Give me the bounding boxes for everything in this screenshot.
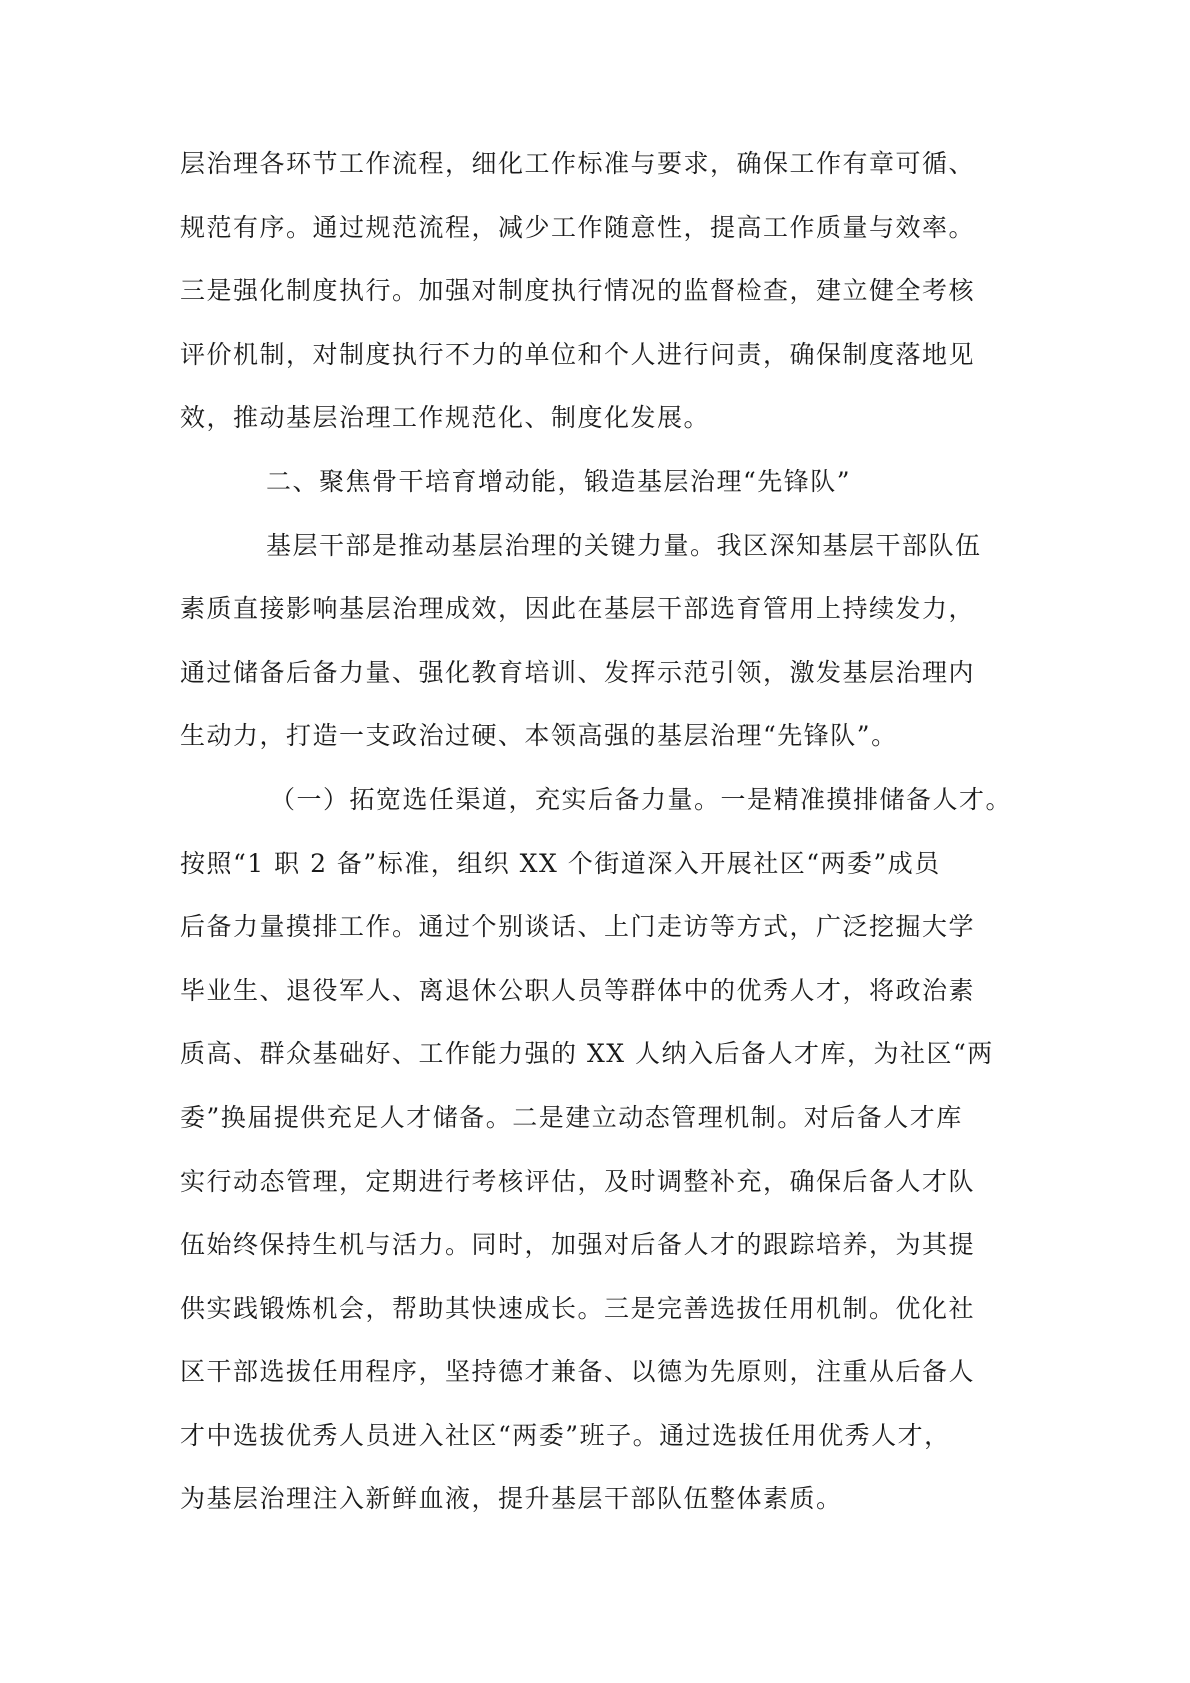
- text-line: 素质直接影响基层治理成效，因此在基层干部选育管用上持续发力，: [180, 591, 1010, 655]
- text-line: 委”换届提供充足人才储备。二是建立动态管理机制。对后备人才库: [180, 1100, 1010, 1164]
- text-line: 三是强化制度执行。加强对制度执行情况的监督检查，建立健全考核: [180, 273, 1010, 337]
- text-line: 层治理各环节工作流程，细化工作标准与要求，确保工作有章可循、: [180, 146, 1010, 210]
- text-line: 生动力，打造一支政治过硬、本领高强的基层治理“先锋队”。: [180, 718, 1010, 782]
- text-line: 区干部选拔任用程序，坚持德才兼备、以德为先原则，注重从后备人: [180, 1354, 1010, 1418]
- text-line: 通过储备后备力量、强化教育培训、发挥示范引领，激发基层治理内: [180, 655, 1010, 719]
- text-line: 效，推动基层治理工作规范化、制度化发展。: [180, 400, 1010, 464]
- text-line: 后备力量摸排工作。通过个别谈话、上门走访等方式，广泛挖掘大学: [180, 909, 1010, 973]
- text-line: 毕业生、退役军人、离退休公职人员等群体中的优秀人才，将政治素: [180, 973, 1010, 1037]
- section-heading: 二、聚焦骨干培育增动能，锻造基层治理“先锋队”: [180, 464, 1010, 528]
- intro-paragraph: 基层干部是推动基层治理的关键力量。我区深知基层干部队伍 素质直接影响基层治理成效…: [180, 528, 1010, 782]
- text-line: 供实践锻炼机会，帮助其快速成长。三是完善选拔任用机制。优化社: [180, 1291, 1010, 1355]
- page-content: 层治理各环节工作流程，细化工作标准与要求，确保工作有章可循、 规范有序。通过规范…: [180, 146, 1010, 1545]
- text-line: 实行动态管理，定期进行考核评估，及时调整补充，确保后备人才队: [180, 1164, 1010, 1228]
- text-line: 才中选拔优秀人员进入社区“两委”班子。通过选拔任用优秀人才，: [180, 1418, 1010, 1482]
- subsection-heading-line: （一）拓宽选任渠道，充实后备力量。一是精准摸排储备人才。: [180, 782, 1010, 846]
- text-line: 质高、群众基础好、工作能力强的 XX 人纳入后备人才库，为社区“两: [180, 1036, 1010, 1100]
- continuation-paragraph: 层治理各环节工作流程，细化工作标准与要求，确保工作有章可循、 规范有序。通过规范…: [180, 146, 1010, 464]
- text-line: 评价机制，对制度执行不力的单位和个人进行问责，确保制度落地见: [180, 337, 1010, 401]
- text-line: 伍始终保持生机与活力。同时，加强对后备人才的跟踪培养，为其提: [180, 1227, 1010, 1291]
- text-line: 为基层治理注入新鲜血液，提升基层干部队伍整体素质。: [180, 1481, 1010, 1545]
- document-page: 层治理各环节工作流程，细化工作标准与要求，确保工作有章可循、 规范有序。通过规范…: [0, 0, 1190, 1683]
- text-line: 规范有序。通过规范流程，减少工作随意性，提高工作质量与效率。: [180, 210, 1010, 274]
- text-line: 按照“1 职 2 备”标准，组织 XX 个街道深入开展社区“两委”成员: [180, 846, 1010, 910]
- subsection-paragraph: （一）拓宽选任渠道，充实后备力量。一是精准摸排储备人才。 按照“1 职 2 备”…: [180, 782, 1010, 1545]
- text-line: 基层干部是推动基层治理的关键力量。我区深知基层干部队伍: [180, 528, 1010, 592]
